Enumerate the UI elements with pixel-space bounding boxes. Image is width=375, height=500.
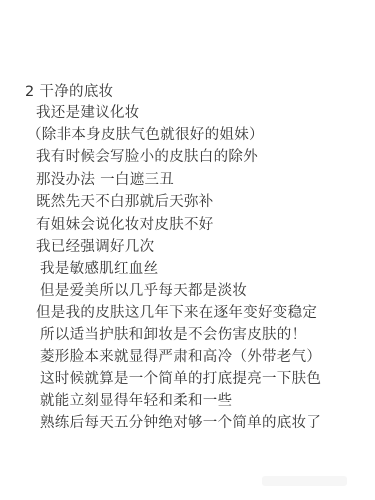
text-line: 我已经强调好几次 [36, 237, 154, 257]
text-line: 有姐妹会说化妆对皮肤不好 [36, 215, 214, 235]
text-line: 所以适当护肤和卸妆是不会伤害皮肤的！ [40, 325, 306, 345]
text-line: 但是我的皮肤这几年下来在逐年变好变稳定 [36, 303, 317, 323]
watermark [262, 476, 347, 486]
text-line: 就能立刻显得年轻和柔和一些 [40, 391, 232, 411]
text-line: 我还是建议化妆 [36, 103, 140, 123]
text-line: 那没办法 一白遮三丑 [36, 170, 174, 190]
text-line: 这时候就算是一个简单的打底提亮一下肤色 [40, 369, 321, 389]
text-line: 菱形脸本来就显得严肃和高冷（外带老气） [40, 347, 321, 367]
section-heading: 2 干净的底妆 [25, 82, 113, 102]
text-line: 但是爱美所以几乎每天都是淡妆 [40, 281, 247, 301]
text-line: 既然先天不白那就后天弥补 [36, 192, 214, 212]
text-line: （除非本身皮肤气色就很好的姐妹） [27, 125, 264, 145]
document-page: 2 干净的底妆 我还是建议化妆 （除非本身皮肤气色就很好的姐妹） 我有时候会写脸… [0, 0, 375, 500]
text-line: 我有时候会写脸小的皮肤白的除外 [36, 147, 258, 167]
text-line: 我是敏感肌红血丝 [40, 259, 158, 279]
text-line: 熟练后每天五分钟绝对够一个简单的底妆了 [40, 413, 321, 433]
